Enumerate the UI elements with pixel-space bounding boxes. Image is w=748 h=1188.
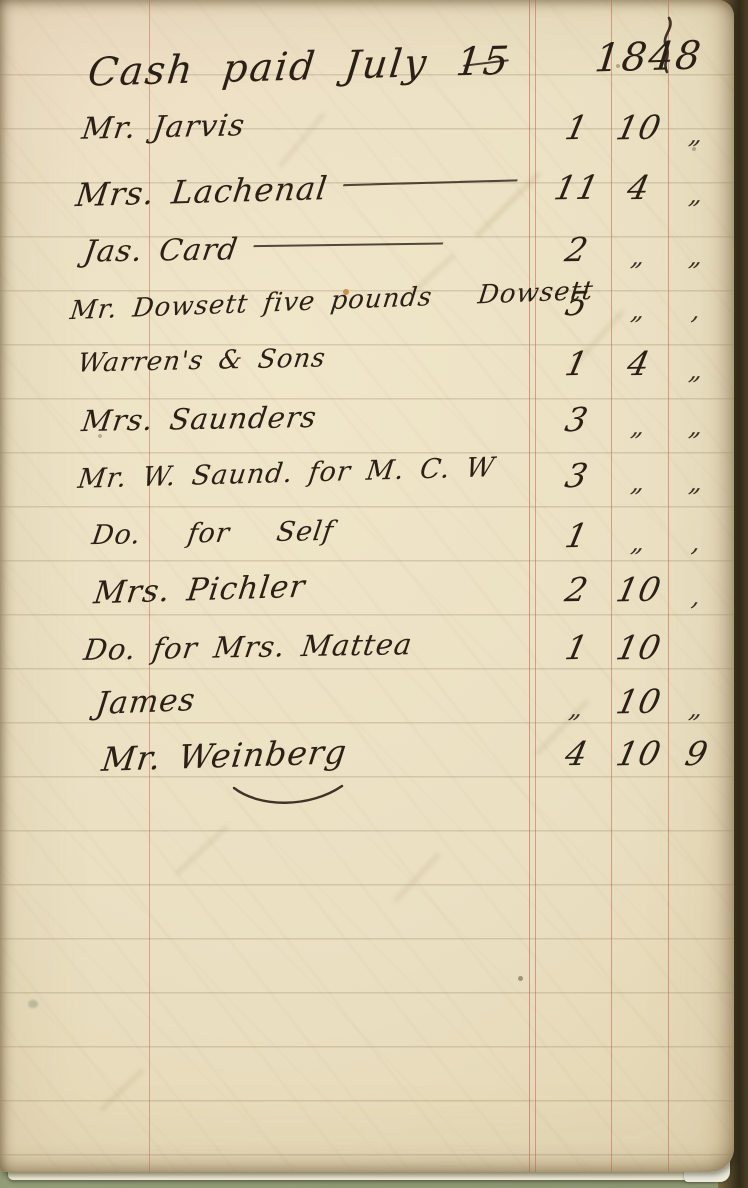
entry-amount-pounds: 1 [542,515,613,555]
entry-name: Warren's & Sons [76,343,328,378]
entry-amount-pence: „ [667,356,727,386]
ledger-row: Do. for Self1„‚ [0,518,734,574]
ink-smudge [28,1000,38,1008]
entry-amount-pounds: 1 [542,107,613,147]
entry-dash-line: ——————— [250,224,444,262]
ledger-row: Jas. Card———————2„„ [0,232,734,288]
entry-amount-pence: 9 [666,734,729,774]
entry-amount-pounds: 3 [542,399,613,439]
entry-name: Mr. W. Saund. for M. C. W [76,452,497,495]
entry-amount-shillings: 10 [608,628,671,668]
entry-dash-line: —————— [340,159,519,202]
entry-amount-shillings: 10 [608,570,671,610]
ledger-row: Warren's & Sons14„ [0,346,734,402]
entry-name: Mr. Weinberg [100,732,350,779]
entry-name: Do. for Mrs. Mattea [82,627,415,667]
ledger-row: Mrs. Lachenal——————114„ [0,170,734,226]
entry-name: Jas. Card——————— [81,229,443,269]
ledger-row: Mr. Dowsett five pounds Dowsett5„‚ [0,286,734,342]
entry-amount-pence: „ [667,468,727,498]
ledger-row: Mrs. Saunders3„„ [0,402,734,458]
ledger-row: Mrs. Pichler210‚ [0,572,734,628]
ledger-row: Do. for Mrs. Mattea110 [0,630,734,686]
entry-amount-pence: „ [667,242,727,272]
foxing-spot [518,976,523,981]
entry-amount-pence: ‚ [667,296,727,326]
entry-amount-shillings: 10 [608,682,671,722]
entry-amount-shillings: „ [609,528,669,558]
entry-amount-pence: „ [667,180,727,210]
entry-amount-shillings: „ [609,296,669,326]
ledger-row: Mr. Weinberg4109 [0,736,734,792]
ledger-row: James„10„ [0,684,734,740]
entry-name: Mrs. Saunders [80,400,320,438]
entry-amount-pounds: 4 [542,733,613,773]
entry-amount-pounds: 1 [542,343,613,383]
entry-amount-pounds: 3 [542,455,613,495]
entry-amount-pence: „ [667,120,727,150]
entry-amount-pounds: „ [543,693,611,723]
entry-amount-pounds: 2 [542,569,613,609]
entry-amount-shillings: „ [609,412,669,442]
entry-amount-pounds: 2 [542,229,613,269]
entry-amount-pence: „ [667,694,727,724]
entry-amount-pounds: 11 [542,167,613,207]
entry-amount-shillings: 10 [608,108,671,148]
entry-amount-pence: „ [667,412,727,442]
entry-amount-shillings: 4 [608,344,671,384]
entry-name: Mr. Jarvis [80,108,248,147]
entry-amount-pounds: 1 [542,627,613,667]
entry-name: Mrs. Lachenal—————— [74,164,518,214]
entry-amount-shillings: „ [609,468,669,498]
entry-amount-pounds: 5 [542,283,613,323]
entry-name: James [94,682,198,722]
ledger-page: Cash paid July 15 1848 Mr. Jarvis110„Mrs… [0,0,734,1172]
scanned-ledger-photo: Cash paid July 15 1848 Mr. Jarvis110„Mrs… [0,0,748,1188]
ledger-row: Mr. Jarvis110„ [0,110,734,166]
ledger-row: Mr. W. Saund. for M. C. W3„„ [0,458,734,514]
entry-amount-shillings: 4 [608,168,671,208]
entry-amount-shillings: 10 [608,734,671,774]
entry-amount-pence: ‚ [667,528,727,558]
entry-amount-pence: ‚ [667,582,727,612]
entry-name: Do. for Self [90,516,336,551]
stray-ink-mark-icon [655,14,681,78]
entry-amount-shillings: „ [609,242,669,272]
entry-name: Mrs. Pichler [92,569,308,612]
